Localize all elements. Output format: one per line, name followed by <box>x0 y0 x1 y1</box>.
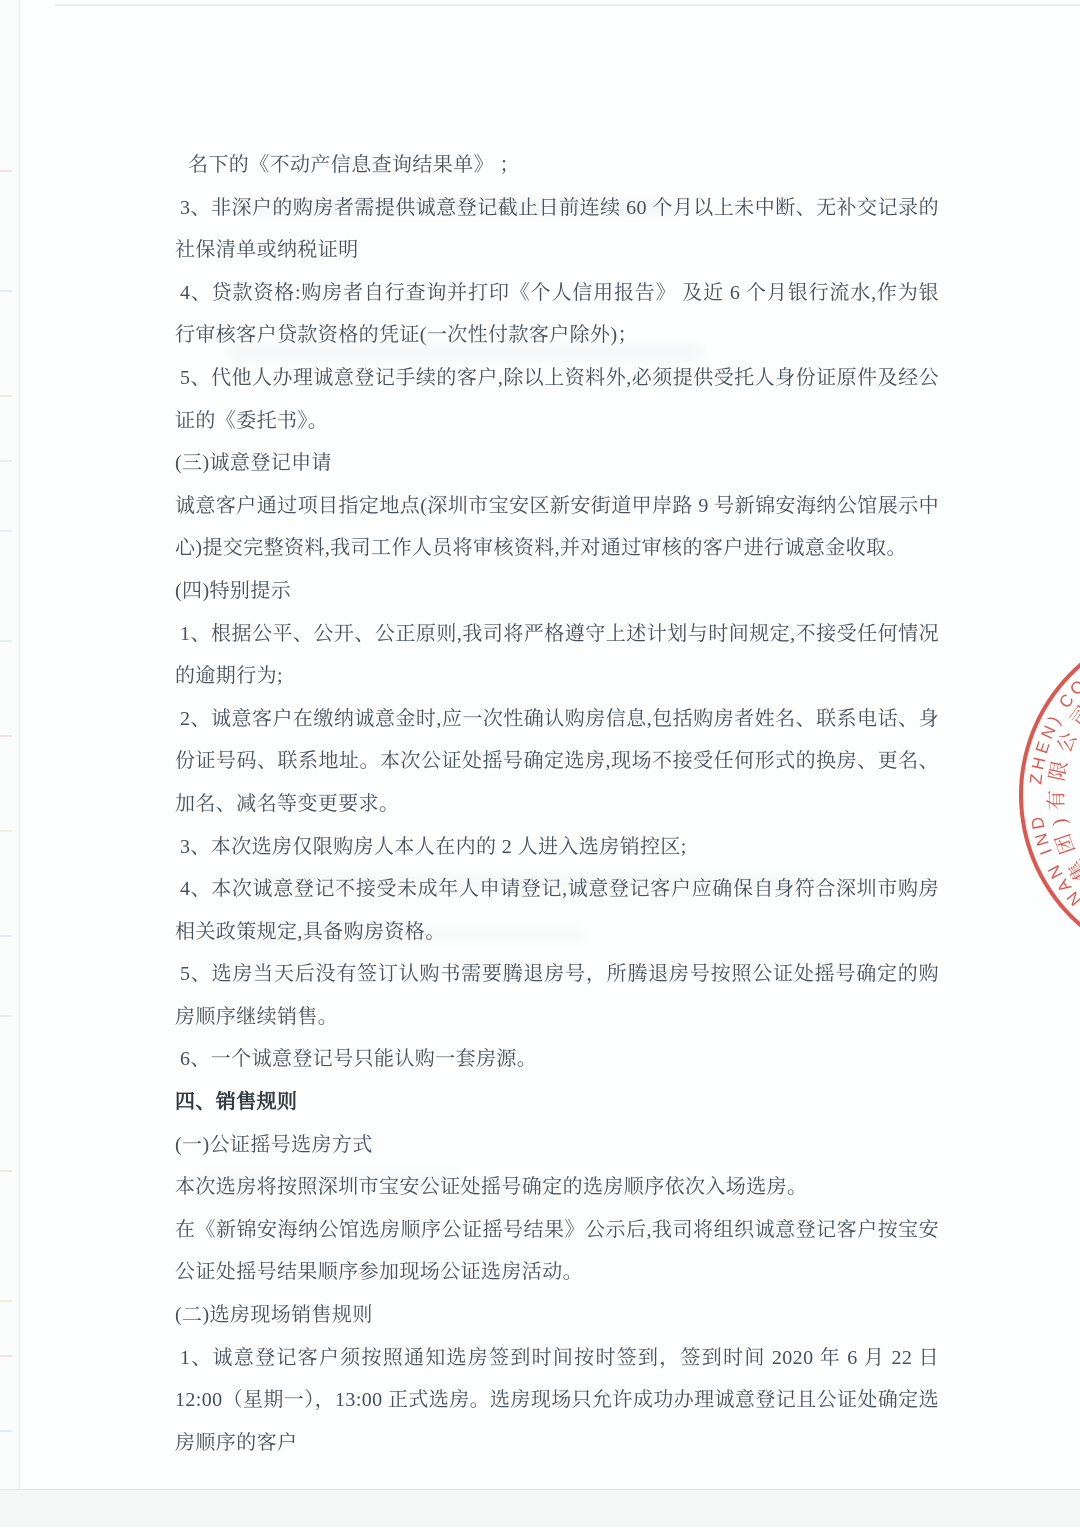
seal-chinese-arc-text: (集团)有限公司 <box>1034 694 1080 901</box>
paragraph: (三)诚意登记申请 <box>175 442 939 485</box>
paragraph: 1、根据公平、公开、公正原则,我司将严格遵守上述计划与时间规定,不接受任何情况的… <box>175 613 939 698</box>
seal-latin-bottom-text: NAN IND <box>1027 808 1080 913</box>
paragraph: (四)特别提示 <box>175 570 939 613</box>
seal-latin-top-text: ZHEN) CO., LTD <box>1012 635 1080 787</box>
paragraph: 4、贷款资格:购房者自行查询并打印《个人信用报告》 及近 6 个月银行流水,作为… <box>175 272 939 357</box>
scan-bottom-strip <box>0 1489 1080 1527</box>
company-seal-stamp: ZHEN) CO., LTD NAN IND (集团)有限公司 锦安 <box>993 595 1080 995</box>
document-body: 名下的《不动产信息查询结果单》 ；3、非深户的购房者需提供诚意登记截止日前连续 … <box>175 144 939 1464</box>
paragraph: (一)公证摇号选房方式 <box>175 1124 939 1167</box>
paragraph: 4、本次诚意登记不接受未成年人申请登记,诚意登记客户应确保自身符合深圳市购房相关… <box>175 868 939 953</box>
paragraph: (二)选房现场销售规则 <box>175 1294 939 1337</box>
seal-outer-ring <box>1004 606 1080 984</box>
paragraph: 在《新锦安海纳公馆选房顺序公证摇号结果》公示后,我司将组织诚意登记客户按宝安公证… <box>175 1209 939 1294</box>
paragraph: 3、非深户的购房者需提供诚意登记截止日前连续 60 个月以上未中断、无补交记录的… <box>175 187 939 272</box>
paragraph: 本次选房将按照深圳市宝安公证处摇号确定的选房顺序依次入场选房。 <box>175 1166 939 1209</box>
paragraph: 5、选房当天后没有签订认购书需要腾退房号，所腾退房号按照公证处摇号确定的购房顺序… <box>175 953 939 1038</box>
paragraph: 6、一个诚意登记号只能认购一套房源。 <box>175 1038 939 1081</box>
paragraph: 2、诚意客户在缴纳诚意金时,应一次性确认购房信息,包括购房者姓名、联系电话、身份… <box>175 698 939 826</box>
paragraph: 5、代他人办理诚意登记手续的客户,除以上资料外,必须提供受托人身份证原件及经公证… <box>175 357 939 442</box>
scanned-document-page: 名下的《不动产信息查询结果单》 ；3、非深户的购房者需提供诚意登记截止日前连续 … <box>0 0 1080 1527</box>
seal-graphic: ZHEN) CO., LTD NAN IND (集团)有限公司 锦安 <box>993 595 1080 995</box>
paragraph: 诚意客户通过项目指定地点(深圳市宝安区新安街道甲岸路 9 号新锦安海纳公馆展示中… <box>175 485 939 570</box>
paragraph: 名下的《不动产信息查询结果单》 ； <box>175 144 939 187</box>
paragraph: 3、本次选房仅限购房人本人在内的 2 人进入选房销控区; <box>175 826 939 869</box>
scan-edge-strip <box>0 0 20 1527</box>
paragraph: 1、诚意登记客户须按照通知选房签到时间按时签到，签到时间 2020 年 6 月 … <box>175 1337 939 1465</box>
paragraph: 四、销售规则 <box>175 1081 939 1124</box>
page-top-edge <box>55 4 1080 6</box>
